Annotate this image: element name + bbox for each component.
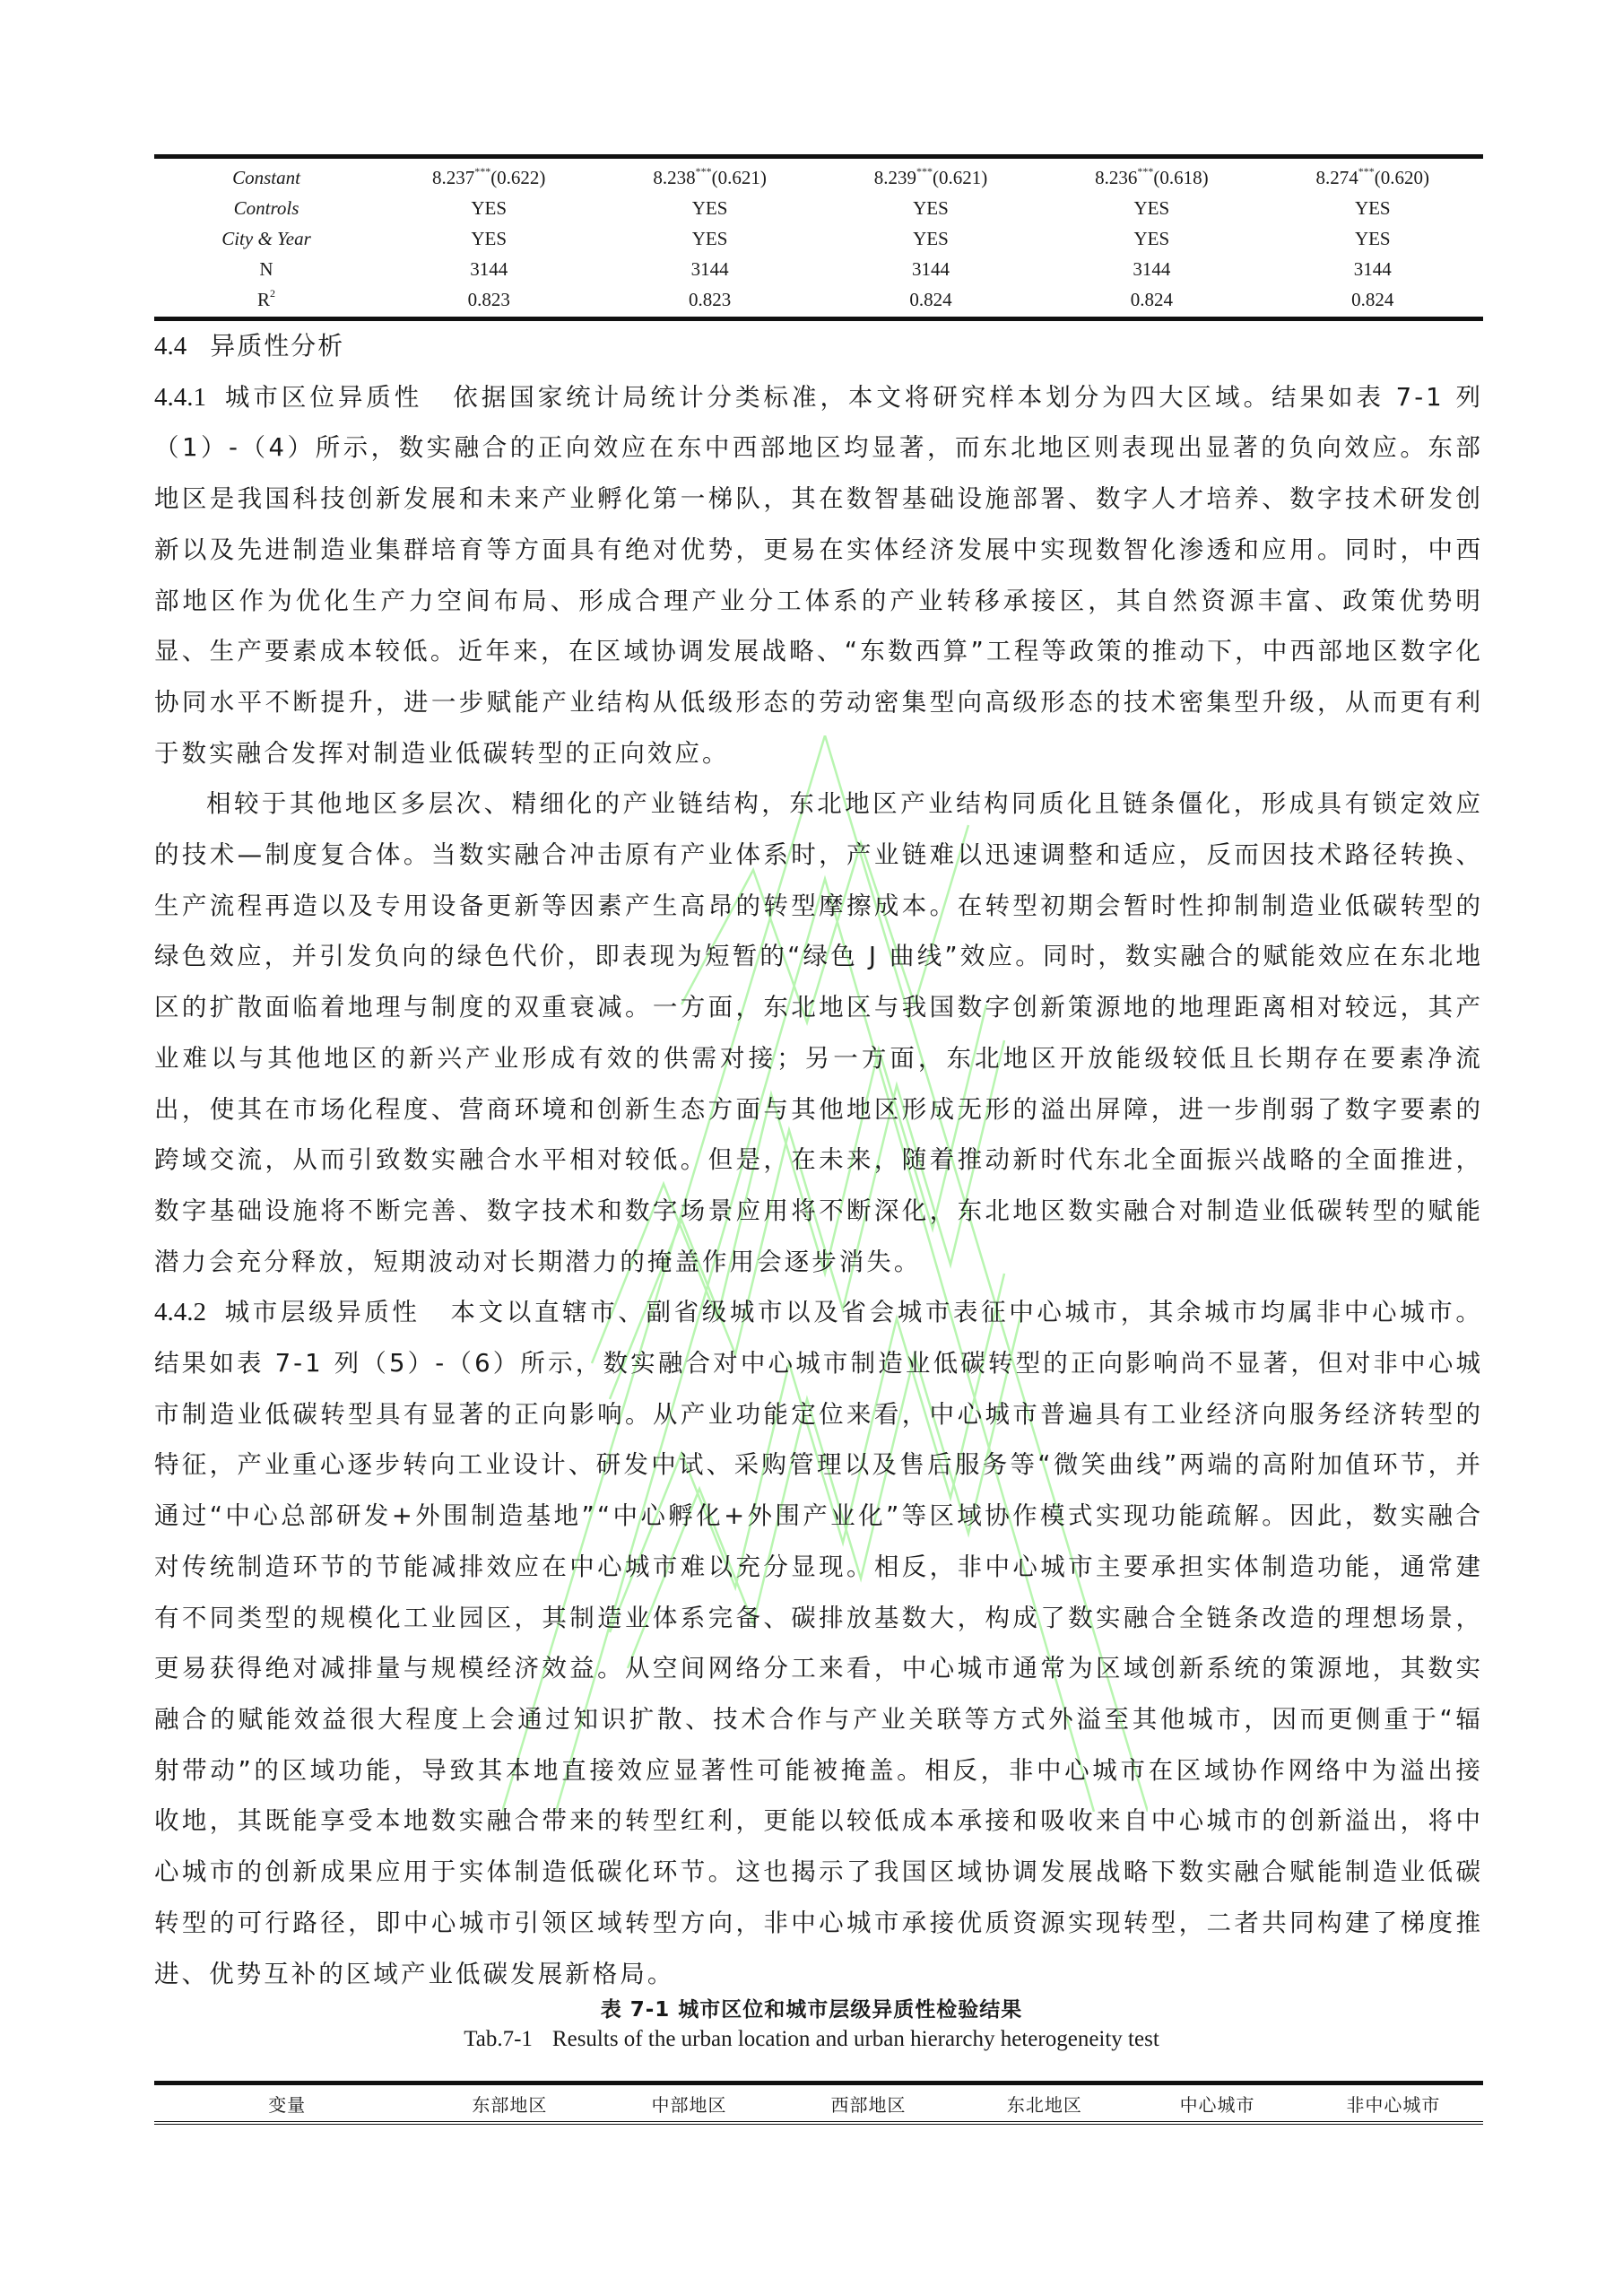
regression-table-continuation: Constant 8.237***(0.622) 8.238***(0.621)… <box>154 154 1483 321</box>
paragraph-text: 本文以直辖市、副省级城市以及省会城市表征中心城市，其余城市均属非中心城市。结果如… <box>154 1298 1483 1987</box>
column-header-east: 东部地区 <box>420 2083 599 2124</box>
table-cell: YES <box>378 193 599 223</box>
section-heading: 4.4异质性分析 <box>154 321 1483 372</box>
table-cell: YES <box>599 193 820 223</box>
document-page: Constant 8.237***(0.622) 8.238***(0.621)… <box>0 0 1623 2296</box>
table-caption-chinese: 表 7-1 城市区位和城市层级异质性检验结果 <box>0 1993 1623 2022</box>
table-cell: YES <box>378 223 599 254</box>
table-cell: 8.236***(0.618) <box>1041 157 1262 194</box>
row-label: R2 <box>154 284 378 319</box>
table-row-city-year: City & Year YES YES YES YES YES <box>154 223 1483 254</box>
column-header-central: 中部地区 <box>599 2083 778 2124</box>
table-cell: 8.237***(0.622) <box>378 157 599 194</box>
table-caption-english: Tab.7-1Results of the urban location and… <box>0 2027 1623 2052</box>
table-cell: YES <box>1041 223 1262 254</box>
heterogeneity-table: 变量 东部地区 中部地区 西部地区 东北地区 中心城市 非中心城市 <box>154 2081 1483 2125</box>
table-number: Tab.7-1 <box>464 2027 533 2051</box>
table-cell: 0.823 <box>599 284 820 319</box>
column-header-non-central-city: 非中心城市 <box>1304 2083 1483 2124</box>
table-cell: YES <box>1263 223 1483 254</box>
table-cell: 0.824 <box>1263 284 1483 319</box>
body-text: 4.4异质性分析 4.4.1城市区位异质性依据国家统计局统计分类标准，本文将研究… <box>154 321 1483 1999</box>
row-label: N <box>154 254 378 284</box>
table-row-n: N 3144 3144 3144 3144 3144 <box>154 254 1483 284</box>
table-row-controls: Controls YES YES YES YES YES <box>154 193 1483 223</box>
subsection-number: 4.4.2 <box>154 1298 206 1326</box>
subsection-title: 城市区位异质性 <box>224 383 422 412</box>
column-header-west: 西部地区 <box>779 2083 959 2124</box>
column-header-northeast: 东北地区 <box>959 2083 1132 2124</box>
table-cell: 3144 <box>1041 254 1262 284</box>
subsection-number: 4.4.1 <box>154 383 206 412</box>
table-row-r-squared: R2 0.823 0.823 0.824 0.824 0.824 <box>154 284 1483 319</box>
column-header-variable: 变量 <box>154 2083 420 2124</box>
section-number: 4.4 <box>154 332 187 361</box>
table-cell: 0.823 <box>378 284 599 319</box>
table-cell: 3144 <box>1263 254 1483 284</box>
table-cell: 0.824 <box>820 284 1041 319</box>
table-cell: 8.239***(0.621) <box>820 157 1041 194</box>
paragraph-urban-hierarchy: 4.4.2城市层级异质性本文以直辖市、副省级城市以及省会城市表征中心城市，其余城… <box>154 1287 1483 1999</box>
row-label: Controls <box>154 193 378 223</box>
paragraph-urban-location-1: 4.4.1城市区位异质性依据国家统计局统计分类标准，本文将研究样本划分为四大区域… <box>154 372 1483 779</box>
table-cell: 0.824 <box>1041 284 1262 319</box>
table-header-row: 变量 东部地区 中部地区 西部地区 东北地区 中心城市 非中心城市 <box>154 2083 1483 2124</box>
paragraph-urban-location-2: 相较于其他地区多层次、精细化的产业链结构，东北地区产业结构同质化且链条僵化，形成… <box>154 778 1483 1287</box>
table-cell: YES <box>1041 193 1262 223</box>
table-cell: 3144 <box>820 254 1041 284</box>
table-cell: YES <box>599 223 820 254</box>
table-cell: 3144 <box>599 254 820 284</box>
column-header-central-city: 中心城市 <box>1131 2083 1304 2124</box>
table-cell: 3144 <box>378 254 599 284</box>
section-title: 异质性分析 <box>210 331 344 361</box>
table-cell: YES <box>1263 193 1483 223</box>
paragraph-text: 依据国家统计局统计分类标准，本文将研究样本划分为四大区域。结果如表 7-1 列（… <box>154 383 1483 768</box>
row-label: City & Year <box>154 223 378 254</box>
table-row-constant: Constant 8.237***(0.622) 8.238***(0.621)… <box>154 157 1483 194</box>
table-cell: 8.274***(0.620) <box>1263 157 1483 194</box>
table-cell: YES <box>820 193 1041 223</box>
table-cell: 8.238***(0.621) <box>599 157 820 194</box>
subsection-title: 城市层级异质性 <box>224 1298 421 1326</box>
row-label: Constant <box>154 157 378 194</box>
table-cell: YES <box>820 223 1041 254</box>
table-title: Results of the urban location and urban … <box>552 2027 1159 2051</box>
